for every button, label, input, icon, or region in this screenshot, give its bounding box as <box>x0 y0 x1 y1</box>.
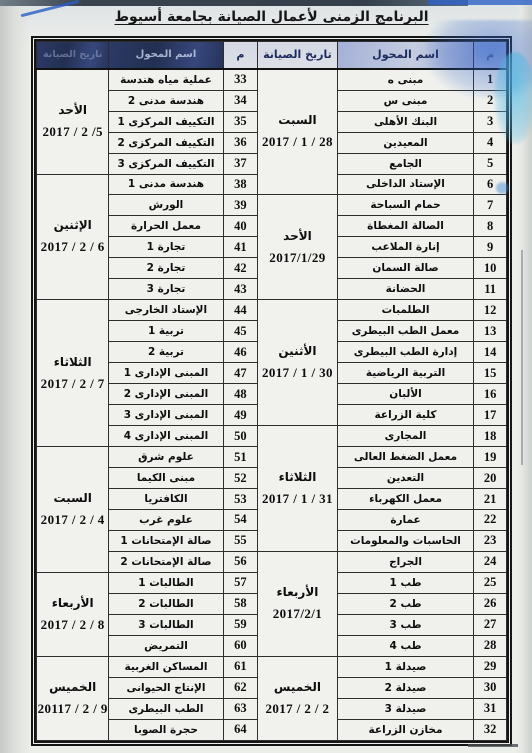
row-number-cell: 20 <box>474 468 507 489</box>
day-label: السبت <box>258 113 337 127</box>
building-name-cell: طب 1 <box>337 572 474 593</box>
day-label: الخميس <box>258 680 337 694</box>
row-number-cell: 55 <box>223 530 258 551</box>
header-date-right: تاريخ الصيانة <box>258 42 338 69</box>
paper-edge-left <box>0 0 30 753</box>
maintenance-schedule-table: تاريخ الصيانة اسم المحول م تاريخ الصيانة… <box>36 41 507 741</box>
date-value: 2017 / 2 / 7 <box>37 376 108 392</box>
building-name-cell: طب 3 <box>337 614 474 635</box>
row-number-cell: 39 <box>223 195 258 216</box>
building-name-cell: تجارة 2 <box>109 258 223 279</box>
row-number-cell: 41 <box>223 237 258 258</box>
building-name-cell: معمل الضغط العالى <box>337 447 474 468</box>
date-value: 2017 / 2 /5 <box>37 124 108 140</box>
maintenance-date-cell-right: الأثنين2017 / 1 / 30 <box>258 300 338 426</box>
building-name-cell: عمارة <box>337 510 474 531</box>
maintenance-date-cell-right: السبت2017 / 1 / 28 <box>258 69 338 195</box>
row-number-cell: 61 <box>223 656 258 677</box>
row-number-cell: 57 <box>223 572 258 593</box>
row-number-cell: 9 <box>474 237 507 258</box>
row-number-cell: 54 <box>223 510 258 531</box>
building-name-cell: الإستاد الخارجى <box>109 300 223 321</box>
building-name-cell: تربية 2 <box>109 342 223 363</box>
row-number-cell: 10 <box>474 258 507 279</box>
scanned-page: البرنامج الزمنى لأعمال الصيانة بجامعة أس… <box>0 0 532 753</box>
row-number-cell: 11 <box>474 279 507 300</box>
row-number-cell: 18 <box>474 426 507 447</box>
row-number-cell: 26 <box>474 593 507 614</box>
date-value: 2017/1/29 <box>258 250 337 266</box>
building-name-cell: المبنى الإدارى 2 <box>109 384 223 405</box>
row-number-cell: 50 <box>223 426 258 447</box>
building-name-cell: هندسة مدنى 2 <box>109 90 223 111</box>
row-number-cell: 49 <box>223 405 258 426</box>
building-name-cell: علوم شرق <box>109 447 223 468</box>
maintenance-date-cell-right: الثلاثاء2017 / 1 / 31 <box>258 426 338 552</box>
building-name-cell: الطالبات 1 <box>109 572 223 593</box>
building-name-cell: معمل الطب البيطرى <box>337 321 474 342</box>
row-number-cell: 13 <box>474 321 507 342</box>
building-name-cell: الكافتريا <box>109 489 223 510</box>
blue-dot-mark <box>496 182 509 194</box>
building-name-cell: هندسة مدنى 1 <box>109 174 223 195</box>
building-name-cell: تربية 1 <box>109 321 223 342</box>
row-number-cell: 4 <box>474 132 507 153</box>
day-label: الثلاثاء <box>37 355 108 369</box>
row-number-cell: 42 <box>223 258 258 279</box>
building-name-cell: التكييف المركزى 1 <box>109 111 223 132</box>
day-label: الإثنين <box>37 218 108 232</box>
row-number-cell: 60 <box>223 635 258 656</box>
building-name-cell: حجرة الصوبا <box>109 719 223 740</box>
date-value: 2017 / 2 / 4 <box>37 512 108 528</box>
building-name-cell: الإستاد الداخلى <box>337 174 474 195</box>
building-name-cell: الإنتاج الحيوانى <box>109 677 223 698</box>
row-number-cell: 8 <box>474 216 507 237</box>
row-number-cell: 48 <box>223 384 258 405</box>
row-number-cell: 24 <box>474 551 507 572</box>
day-label: الأربعاء <box>258 585 337 599</box>
row-number-cell: 12 <box>474 300 507 321</box>
building-name-cell: الحضانة <box>337 279 474 300</box>
row-number-cell: 47 <box>223 363 258 384</box>
building-name-cell: طب 2 <box>337 593 474 614</box>
row-number-cell: 43 <box>223 279 258 300</box>
building-name-cell: معمل الكهرباء <box>337 489 474 510</box>
building-name-cell: التعدين <box>337 468 474 489</box>
row-number-cell: 21 <box>474 489 507 510</box>
maintenance-date-cell-right: الخميس2017 / 2 / 2 <box>258 656 338 740</box>
day-label: الخميس <box>37 680 108 694</box>
building-name-cell: الجراج <box>337 551 474 572</box>
row-number-cell: 40 <box>223 216 258 237</box>
building-name-cell: التمريض <box>109 635 223 656</box>
building-name-cell: صيدلة 1 <box>337 656 474 677</box>
scan-edge-line <box>521 250 523 465</box>
row-number-cell: 38 <box>223 174 258 195</box>
building-name-cell: طب 4 <box>337 635 474 656</box>
building-name-cell: صيدلة 2 <box>337 677 474 698</box>
building-name-cell: الطب البيطرى <box>109 698 223 719</box>
building-name-cell: الورش <box>109 195 223 216</box>
row-number-cell: 56 <box>223 551 258 572</box>
building-name-cell: الطلمبات <box>337 300 474 321</box>
row-number-cell: 44 <box>223 300 258 321</box>
day-label: السبت <box>37 491 108 505</box>
row-number-cell: 30 <box>474 677 507 698</box>
building-name-cell: كلية الزراعة <box>337 405 474 426</box>
blue-streak <box>428 0 532 5</box>
bottom-scan-mark <box>468 744 518 747</box>
building-name-cell: المبنى الإدارى 4 <box>109 426 223 447</box>
building-name-cell: الحاسبات والمعلومات <box>337 530 474 551</box>
row-number-cell: 28 <box>474 635 507 656</box>
date-value: 2017 / 2 / 2 <box>258 701 337 717</box>
building-name-cell: الطالبات 2 <box>109 593 223 614</box>
row-number-cell: 33 <box>223 69 258 91</box>
date-value: 2017 / 1 / 30 <box>258 365 337 381</box>
row-number-cell: 27 <box>474 614 507 635</box>
building-name-cell: صيدلة 3 <box>337 698 474 719</box>
building-name-cell: المبنى الإدارى 1 <box>109 363 223 384</box>
maintenance-date-cell-left: الخميس20117 / 2 / 9 <box>37 656 109 740</box>
building-name-cell: صالة الإمتحانات 2 <box>109 551 223 572</box>
date-value: 2017 / 1 / 31 <box>258 491 337 507</box>
date-value: 20117 / 2 / 9 <box>37 701 108 717</box>
building-name-cell: التكييف المركزى 3 <box>109 153 223 174</box>
building-name-cell: صالة السمان <box>337 258 474 279</box>
header-num-left: م <box>223 42 258 69</box>
row-number-cell: 31 <box>474 698 507 719</box>
day-label: الأثنين <box>258 344 337 358</box>
building-name-cell: المبنى الإدارى 3 <box>109 405 223 426</box>
building-name-cell: الألبان <box>337 384 474 405</box>
day-label: الثلاثاء <box>258 470 337 484</box>
building-name-cell: حمام السباحة <box>337 195 474 216</box>
row-number-cell: 46 <box>223 342 258 363</box>
date-value: 2017 / 2 / 6 <box>37 239 108 255</box>
row-number-cell: 36 <box>223 132 258 153</box>
building-name-cell: إدارة الطب البيطرى <box>337 342 474 363</box>
date-value: 2017 / 2 / 8 <box>37 617 108 633</box>
building-name-cell: الطالبات 3 <box>109 614 223 635</box>
row-number-cell: 23 <box>474 530 507 551</box>
schedule-table-frame: تاريخ الصيانة اسم المحول م تاريخ الصيانة… <box>31 36 512 746</box>
maintenance-date-cell-left: الأحد2017 / 2 /5 <box>37 69 109 175</box>
row-number-cell: 45 <box>223 321 258 342</box>
row-number-cell: 63 <box>223 698 258 719</box>
row-number-cell: 15 <box>474 363 507 384</box>
maintenance-date-cell-left: السبت2017 / 2 / 4 <box>37 447 109 573</box>
building-name-cell: معمل الحرارة <box>109 216 223 237</box>
maintenance-date-cell-left: الإثنين2017 / 2 / 6 <box>37 174 109 300</box>
building-name-cell: مبنى الكيما <box>109 468 223 489</box>
table-row: الثلاثاء2017 / 2 / 7الإستاد الخارجى44الأ… <box>37 300 507 321</box>
building-name-cell: المساكن الغربية <box>109 656 223 677</box>
maintenance-date-cell-right: الأحد2017/1/29 <box>258 195 338 300</box>
building-name-cell: تجارة 3 <box>109 279 223 300</box>
day-label: الأربعاء <box>37 596 108 610</box>
maintenance-date-cell-right: الأربعاء2017/2/1 <box>258 551 338 656</box>
row-number-cell: 37 <box>223 153 258 174</box>
maintenance-date-cell-left: الثلاثاء2017 / 2 / 7 <box>37 300 109 447</box>
row-number-cell: 35 <box>223 111 258 132</box>
row-number-cell: 51 <box>223 447 258 468</box>
building-name-cell: الصالة المغطاة <box>337 216 474 237</box>
building-name-cell: المعيدين <box>337 132 474 153</box>
row-number-cell: 62 <box>223 677 258 698</box>
row-number-cell: 17 <box>474 405 507 426</box>
date-value: 2017/2/1 <box>258 606 337 622</box>
header-name-left: اسم المحول <box>109 42 223 69</box>
building-name-cell: عملية مياه هندسة <box>109 69 223 91</box>
row-number-cell: 5 <box>474 153 507 174</box>
row-number-cell: 32 <box>474 719 507 740</box>
table-row: الخميس20117 / 2 / 9المساكن الغربية61الخم… <box>37 656 507 677</box>
row-number-cell: 7 <box>474 195 507 216</box>
row-number-cell: 25 <box>474 572 507 593</box>
building-name-cell: التكييف المركزى 2 <box>109 132 223 153</box>
day-label: الأحد <box>37 103 108 117</box>
row-number-cell: 16 <box>474 384 507 405</box>
header-date-left: تاريخ الصيانة <box>37 42 109 69</box>
row-number-cell: 19 <box>474 447 507 468</box>
building-name-cell: مخازن الزراعة <box>337 719 474 740</box>
building-name-cell: علوم غرب <box>109 510 223 531</box>
day-label: الأحد <box>258 229 337 243</box>
row-number-cell: 29 <box>474 656 507 677</box>
building-name-cell: البنك الأهلى <box>337 111 474 132</box>
row-number-cell: 58 <box>223 593 258 614</box>
cyan-ink-stain <box>494 52 532 144</box>
date-value: 2017 / 1 / 28 <box>258 134 337 150</box>
row-number-cell: 34 <box>223 90 258 111</box>
row-number-cell: 59 <box>223 614 258 635</box>
building-name-cell: إنارة الملاعب <box>337 237 474 258</box>
row-number-cell: 14 <box>474 342 507 363</box>
maintenance-date-cell-left: الأربعاء2017 / 2 / 8 <box>37 572 109 656</box>
row-number-cell: 52 <box>223 468 258 489</box>
building-name-cell: تجارة 1 <box>109 237 223 258</box>
row-number-cell: 22 <box>474 510 507 531</box>
building-name-cell: التربية الرياضية <box>337 363 474 384</box>
row-number-cell: 53 <box>223 489 258 510</box>
building-name-cell: المجارى <box>337 426 474 447</box>
row-number-cell: 64 <box>223 719 258 740</box>
building-name-cell: صالة الإمتحانات 1 <box>109 530 223 551</box>
building-name-cell: الجامع <box>337 153 474 174</box>
